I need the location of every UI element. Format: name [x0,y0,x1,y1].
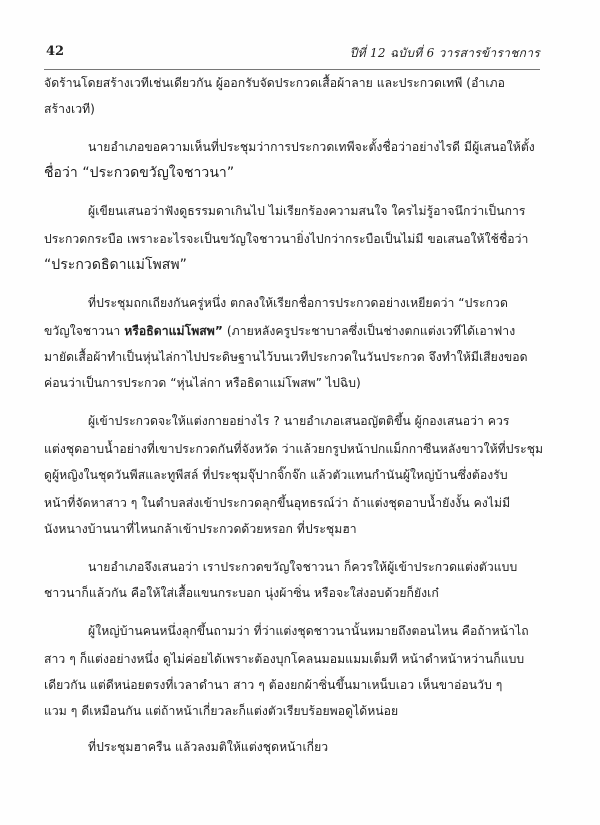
text-line: จัดร้านโดยสร้างเวทีเช่นเดียวกัน ผู้ออกรั… [44,72,505,94]
text-line: เดียวกัน แต่ดีหน่อยตรงที่เวลาดำนา สาว ๆ … [44,674,502,696]
text-line: ประกวดกระบือ เพราะอะไรจะเป็นขวัญใจชาวนาย… [44,228,528,250]
page-number: 42 [46,44,64,59]
text-line: มายัดเสื้อผ้าทำเป็นหุ่นไล่กาไปประดิษฐานไ… [44,346,528,368]
text-line: ขวัญใจชาวนา หรือธิดาแม่โพสพ” (ภายหลังครู… [44,320,515,342]
text-line: แวม ๆ ดีเหมือนกัน แต่ถ้าหน้าเกี่ยวละก็แต… [44,700,398,722]
running-head: ปีที่ 12 ฉบับที่ 6 วารสารข้าราชการ [350,44,540,63]
text-line: สาว ๆ ก็แต่งอย่างหนึ่ง ดูไม่ค่อยได้เพราะ… [44,648,524,670]
text-line: “ประกวดธิดาแม่โพสพ” [44,254,187,276]
header-rule [44,69,540,70]
paragraph-start: ที่ประชุมถกเถียงกันครู่หนึ่ง ตกลงให้เรีย… [88,292,508,314]
text-line: นังหนางบ้านนาที่ไหนกล้าเข้าประกวดด้วยหรอ… [44,518,357,540]
text-line: ชาวนาก็แล้วกัน คือให้ใส่เสื้อแขนกระบอก น… [44,582,439,604]
document-page: 42 ปีที่ 12 ฉบับที่ 6 วารสารข้าราชการ จั… [0,0,600,825]
paragraph-start: นายอำเภอขอความเห็นที่ประชุมว่าการประกวดเ… [88,136,535,158]
text-line: ชื่อว่า “ประกวดขวัญใจชาวนา” [44,162,234,184]
text-line: ค่อนว่าเป็นการประกวด “หุ่นไล่กา หรือธิดา… [44,372,361,394]
text-line: หน้าที่จัดหาสาว ๆ ในตำบลส่งเข้าประกวดลุก… [44,492,510,514]
page-header: 42 ปีที่ 12 ฉบับที่ 6 วารสารข้าราชการ [44,40,540,64]
text-segment: ขวัญใจชาวนา [44,324,124,338]
text-line: ดูผู้หญิงในชุดวันพีสและทูพีสล์ ที่ประชุม… [44,464,508,486]
paragraph-start: ผู้ใหญ่บ้านคนหนึ่งลุกขึ้นถามว่า ที่ว่าแต… [88,620,529,642]
bold-text-segment: หรือธิดาแม่โพสพ” [124,324,223,338]
text-segment: (ภายหลังครูประชาบาลซึ่งเป็นช่างตกแต่งเวท… [223,324,515,338]
paragraph-start: นายอำเภอจึงเสนอว่า เราประกวดขวัญใจชาวนา … [88,556,517,578]
paragraph-start: ผู้เข้าประกวดจะให้แต่งกายอย่างไร ? นายอำ… [88,410,510,432]
paragraph-start: ที่ประชุมฮาครืน แล้วลงมติให้แต่งชุดหน้าเ… [88,736,328,758]
paragraph-start: ผู้เขียนเสนอว่าฟังดูธรรมดาเกินไป ไม่เรีย… [88,200,526,222]
text-line: สร้างเวที) [44,98,95,120]
text-line: แต่งชุดอาบน้ำอย่างที่เขาประกวดกันที่จังห… [44,438,543,460]
